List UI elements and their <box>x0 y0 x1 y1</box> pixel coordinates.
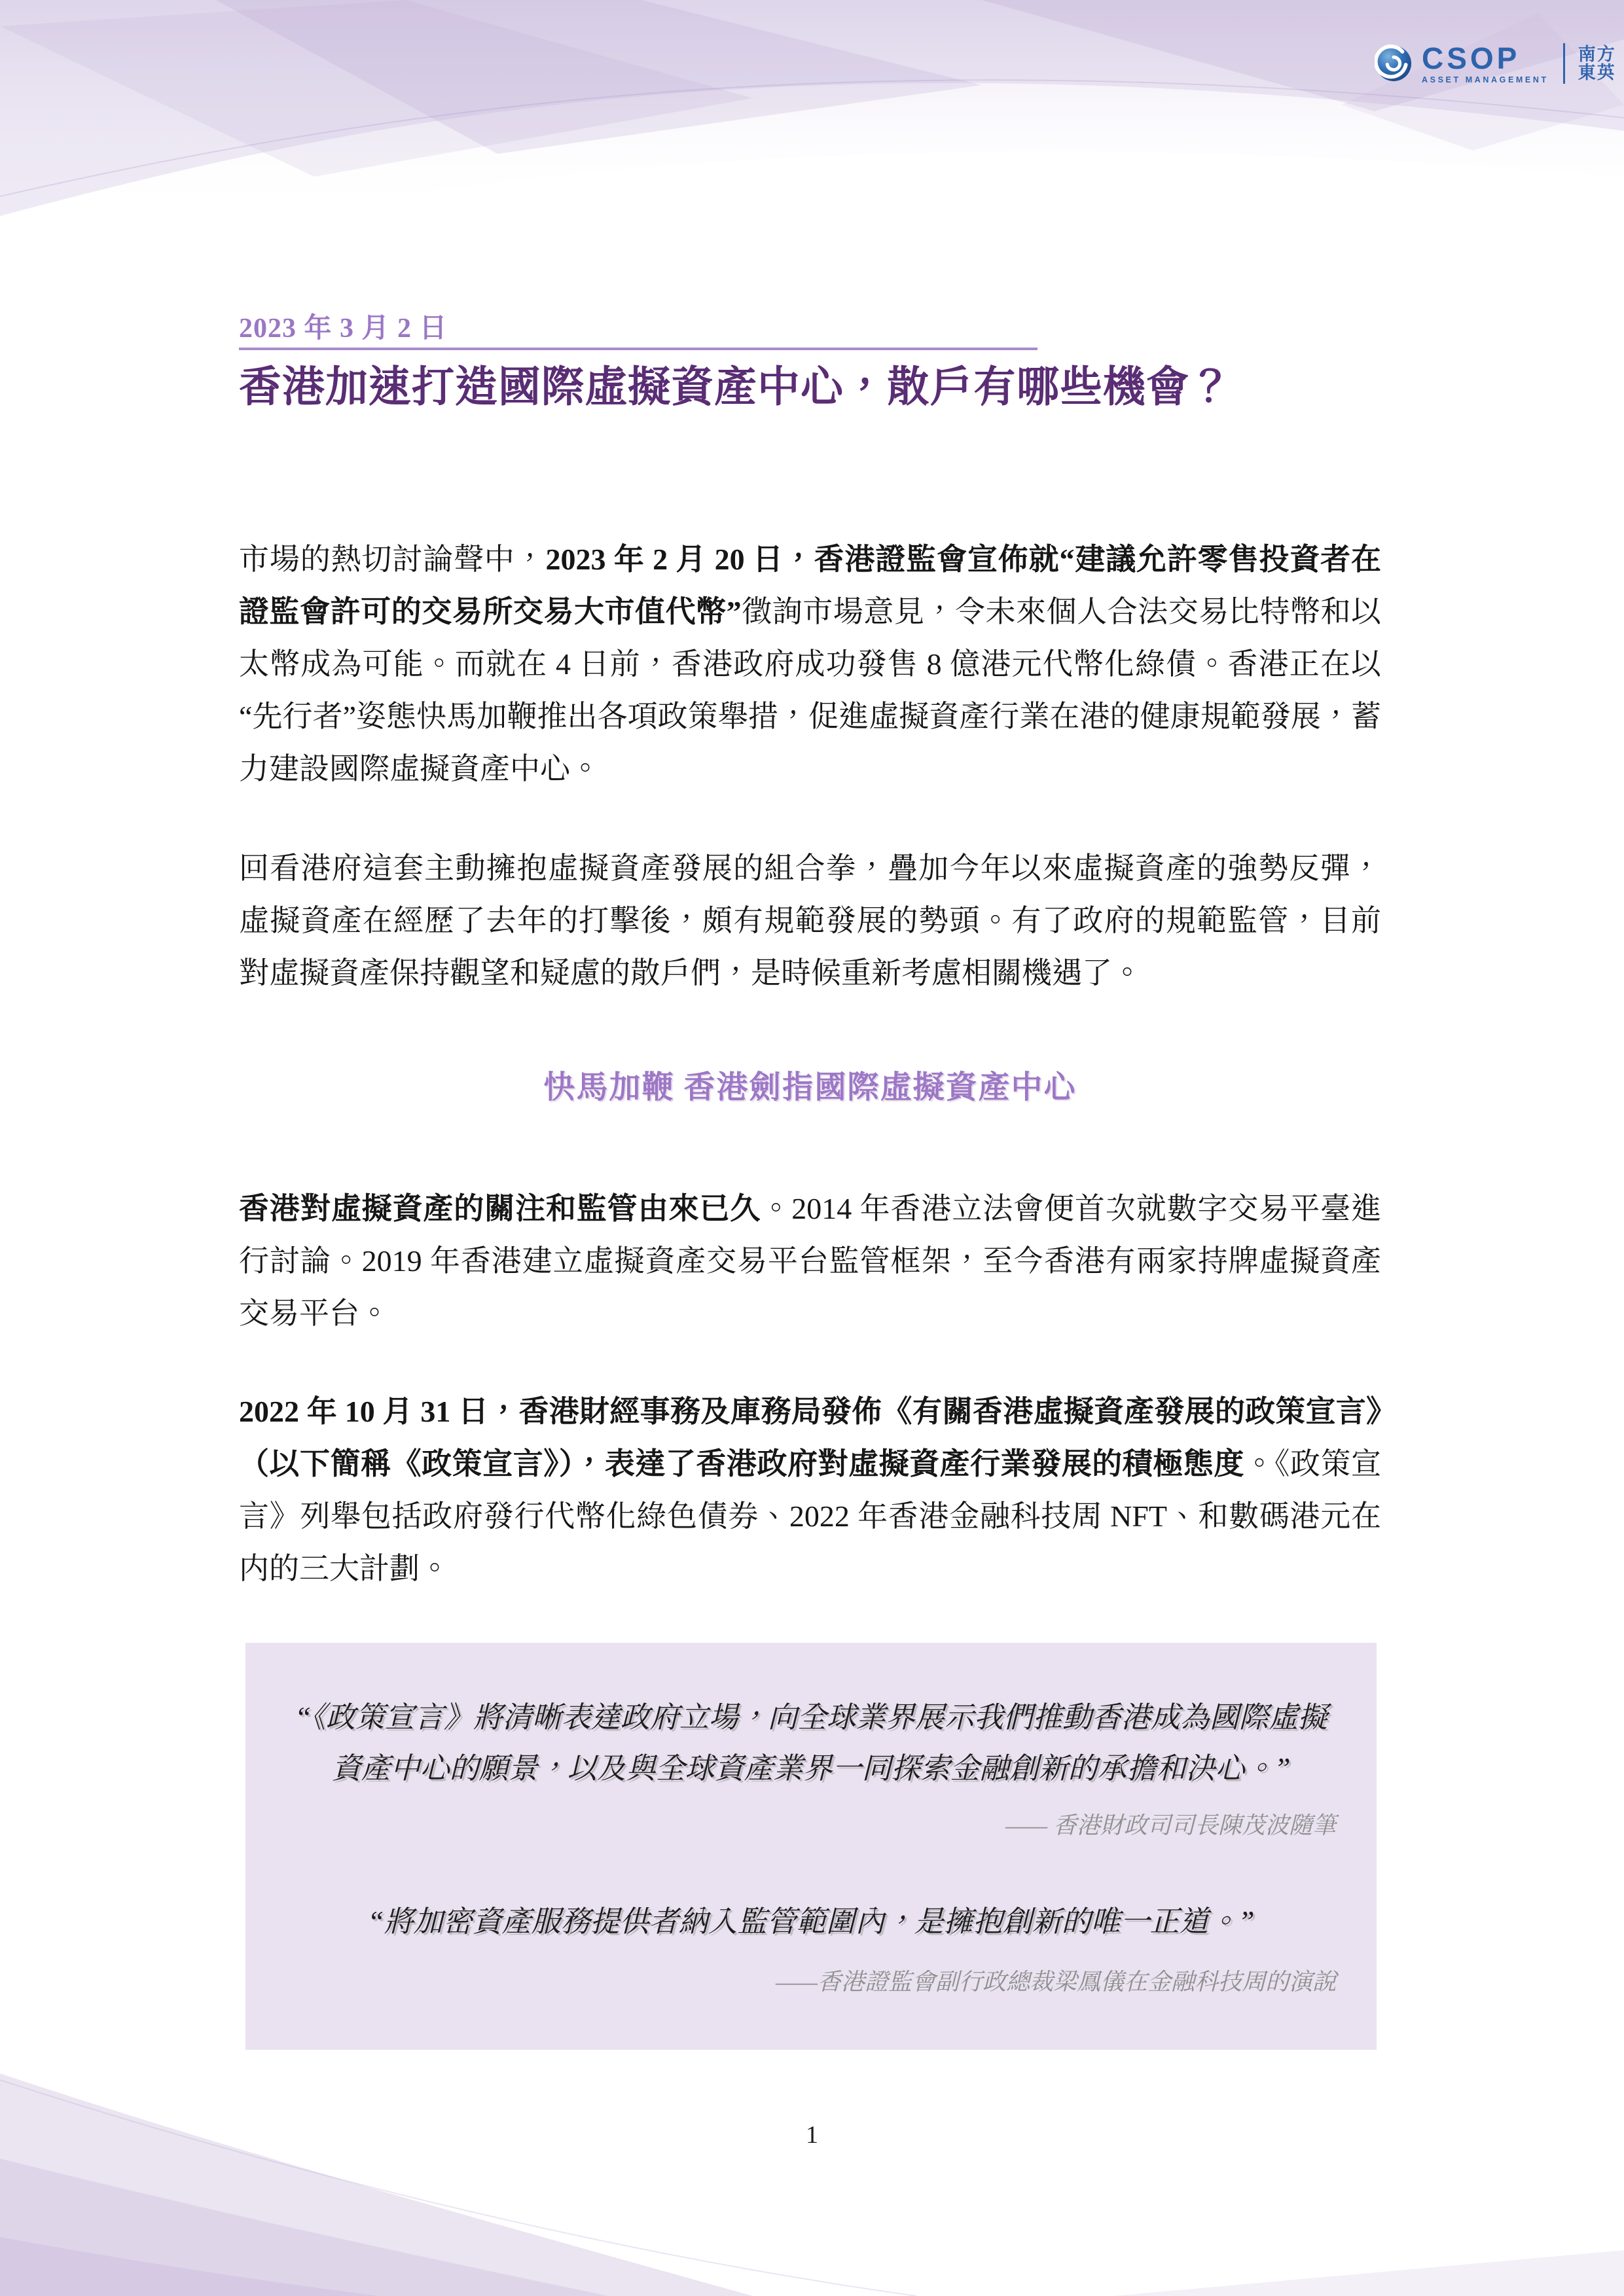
quote-text: “將加密資產服務提供者納入監管範圍內，是擁抱創新的唯一正道。” <box>286 1896 1336 1947</box>
paragraph-3: 香港對虛擬資產的關注和監管由來已久。2014 年香港立法會便首次就數字交易平臺進… <box>239 1183 1381 1340</box>
quote-box: “《政策宣言》將清晰表達政府立場，向全球業界展示我們推動香港成為國際虛擬資產中心… <box>245 1643 1377 2050</box>
logo-divider <box>1563 43 1565 84</box>
text-segment: 2022 年 10 月 31 日，香港財經事務及庫務局發佈《有關香港虛擬資產發展… <box>239 1395 1381 1480</box>
swirl-icon <box>1375 45 1413 82</box>
quote-text: “《政策宣言》將清晰表達政府立場，向全球業界展示我們推動香港成為國際虛擬資產中心… <box>286 1692 1336 1794</box>
paragraph-4: 2022 年 10 月 31 日，香港財經事務及庫務局發佈《有關香港虛擬資產發展… <box>239 1386 1381 1595</box>
date-underline <box>239 348 1038 350</box>
document-page: CSOP ASSET MANAGEMENT 南方 東英 2023 年 3 月 2… <box>0 0 1624 2296</box>
quote-attribution: ——香港證監會副行政總裁梁鳳儀在金融科技周的演說 <box>286 1967 1336 1997</box>
article-date: 2023 年 3 月 2 日 <box>239 306 1381 346</box>
section-heading: 快馬加鞭 香港劍指國際虛擬資產中心 <box>239 1062 1381 1114</box>
page-title: 香港加速打造國際虛擬資產中心，散戶有哪些機會？ <box>239 361 1381 414</box>
text-segment: 回看港府這套主動擁抱虛擬資產發展的組合拳，疊加今年以來虛擬資產的強勢反彈，虛擬資… <box>239 852 1381 990</box>
paragraph-2: 回看港府這套主動擁抱虛擬資產發展的組合拳，疊加今年以來虛擬資產的強勢反彈，虛擬資… <box>239 842 1381 999</box>
text-segment: 香港對虛擬資產的關注和監管由來已久 <box>239 1192 761 1225</box>
quote-attribution: —— 香港財政司司長陳茂波隨筆 <box>286 1810 1336 1840</box>
header-wave-decoration <box>0 0 1624 281</box>
brand-name: CSOP <box>1422 43 1520 73</box>
text-segment: 市場的熱切討論聲中， <box>239 543 546 576</box>
brand-tagline: ASSET MANAGEMENT <box>1422 76 1549 84</box>
brand-chinese-name: 南方 東英 <box>1578 45 1616 82</box>
csop-logo: CSOP ASSET MANAGEMENT 南方 東英 <box>1375 43 1616 84</box>
paragraph-1: 市場的熱切討論聲中，2023 年 2 月 20 日，香港證監會宣佈就“建議允許零… <box>239 533 1381 795</box>
page-number: 1 <box>0 2121 1624 2149</box>
